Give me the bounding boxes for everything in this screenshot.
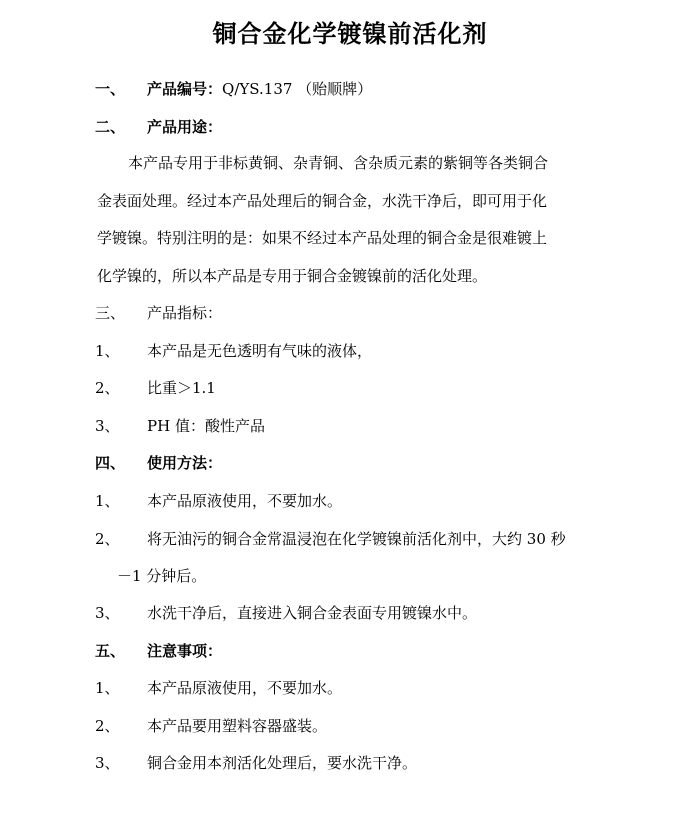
section-heading-group: 产品编号：Q/YS.137 （贻顺牌） [147, 77, 372, 101]
list-marker: 2、 [95, 714, 120, 738]
usage-paragraph-line: 金表面处理。经过本产品处理后的铜合金，水洗干净后，即可用于化 [0, 189, 700, 213]
section-heading: 使用方法： [147, 451, 222, 475]
list-text: 本产品要用塑料容器盛装。 [147, 714, 327, 738]
list-item: 3、 水洗干净后，直接进入铜合金表面专用镀镍水中。 [0, 601, 700, 625]
list-marker: 3、 [95, 601, 120, 625]
list-marker: 3、 [95, 751, 120, 775]
list-text: 水洗干净后，直接进入铜合金表面专用镀镍水中。 [147, 601, 477, 625]
list-text-continuation: －1 分钟后。 [117, 564, 206, 588]
section-marker: 一、 [95, 77, 125, 101]
product-code-value: Q/YS.137 （贻顺牌） [222, 80, 372, 98]
list-marker: 1、 [95, 339, 120, 363]
list-marker: 3、 [95, 414, 120, 438]
list-item: 1、 本产品原液使用，不要加水。 [0, 489, 700, 513]
paragraph-text: 学镀镍。特别注明的是：如果不经过本产品处理的铜合金是很难镀上 [97, 226, 547, 250]
list-text: 比重＞1.1 [147, 376, 216, 400]
list-item: 1、 本产品原液使用，不要加水。 [0, 676, 700, 700]
usage-paragraph-line: 化学镍的，所以本产品是专用于铜合金镀镍前的活化处理。 [0, 264, 700, 288]
list-marker: 1、 [95, 676, 120, 700]
list-item-continuation: －1 分钟后。 [0, 564, 700, 588]
section-usage-method: 四、 使用方法： [0, 451, 700, 475]
section-marker: 五、 [95, 639, 125, 663]
document-title: 铜合金化学镀镍前活化剂 [0, 18, 700, 50]
document-page: 铜合金化学镀镍前活化剂 一、 产品编号：Q/YS.137 （贻顺牌） 二、 产品… [0, 0, 700, 813]
list-text: 本产品原液使用，不要加水。 [147, 489, 342, 513]
section-marker: 二、 [95, 115, 125, 139]
section-heading: 产品指标： [147, 301, 222, 325]
section-marker: 四、 [95, 451, 125, 475]
list-item: 2、 本产品要用塑料容器盛装。 [0, 714, 700, 738]
paragraph-text: 化学镍的，所以本产品是专用于铜合金镀镍前的活化处理。 [97, 264, 487, 288]
section-product-specs: 三、 产品指标： [0, 301, 700, 325]
list-text: 铜合金用本剂活化处理后，要水洗干净。 [147, 751, 417, 775]
section-product-usage: 二、 产品用途： [0, 115, 700, 139]
list-marker: 1、 [95, 489, 120, 513]
section-heading: 产品编号： [147, 80, 222, 98]
list-item: 2、 将无油污的铜合金常温浸泡在化学镀镍前活化剂中，大约 30 秒 [0, 527, 700, 551]
list-item: 1、 本产品是无色透明有气味的液体， [0, 339, 700, 363]
list-marker: 2、 [95, 527, 120, 551]
usage-paragraph-line: 学镀镍。特别注明的是：如果不经过本产品处理的铜合金是很难镀上 [0, 226, 700, 250]
list-text: PH 值：酸性产品 [147, 414, 265, 438]
list-item: 3、 PH 值：酸性产品 [0, 414, 700, 438]
list-item: 2、 比重＞1.1 [0, 376, 700, 400]
list-text: 本产品是无色透明有气味的液体， [147, 339, 372, 363]
section-heading: 注意事项： [147, 639, 222, 663]
list-text: 本产品原液使用，不要加水。 [147, 676, 342, 700]
section-marker: 三、 [95, 301, 125, 325]
section-product-code: 一、 产品编号：Q/YS.137 （贻顺牌） [0, 77, 700, 101]
paragraph-text: 金表面处理。经过本产品处理后的铜合金，水洗干净后，即可用于化 [97, 189, 547, 213]
list-item: 3、 铜合金用本剂活化处理后，要水洗干净。 [0, 751, 700, 775]
list-marker: 2、 [95, 376, 120, 400]
usage-paragraph-line: 本产品专用于非标黄铜、杂青铜、含杂质元素的紫铜等各类铜合 [0, 151, 700, 175]
section-heading: 产品用途： [147, 115, 222, 139]
section-precautions: 五、 注意事项： [0, 639, 700, 663]
paragraph-text: 本产品专用于非标黄铜、杂青铜、含杂质元素的紫铜等各类铜合 [128, 151, 548, 175]
list-text: 将无油污的铜合金常温浸泡在化学镀镍前活化剂中，大约 30 秒 [147, 527, 566, 551]
